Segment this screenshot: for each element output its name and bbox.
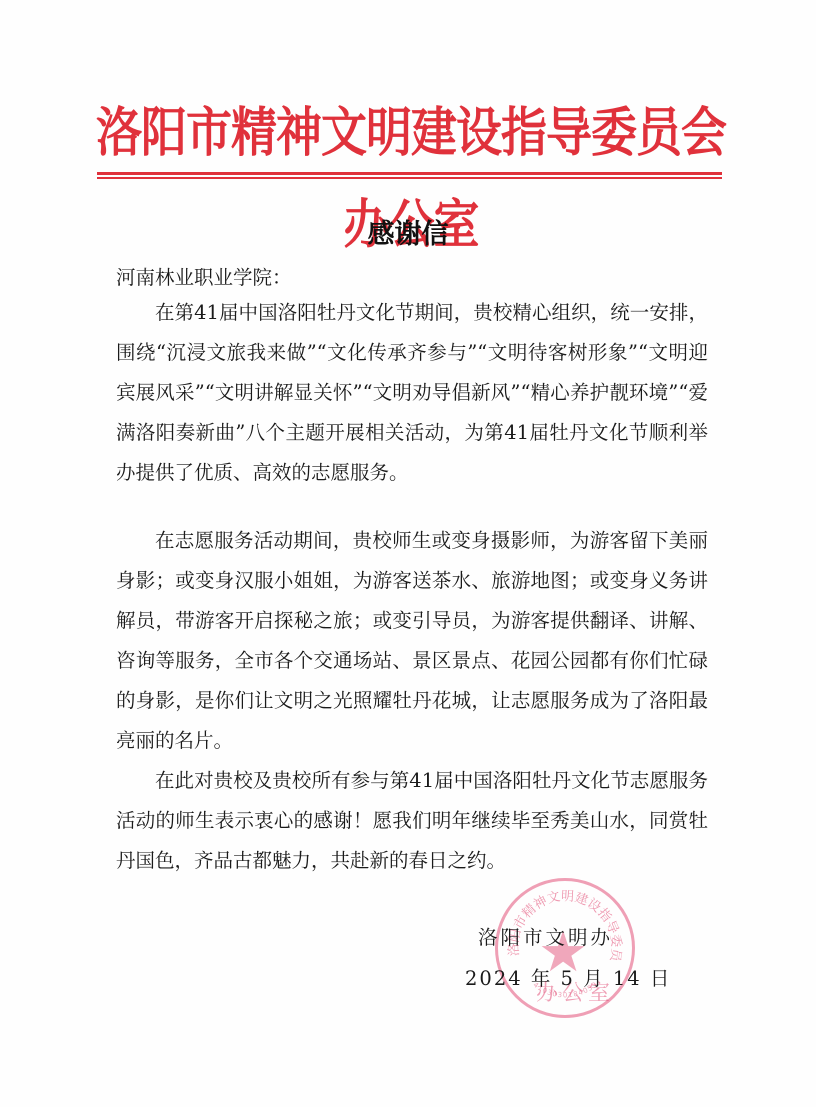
letter-title: 感谢信 xyxy=(0,212,816,251)
salutation: 河南林业职业学院： xyxy=(116,262,292,290)
masthead-rule-thick xyxy=(97,172,722,175)
paragraph-2: 在志愿服务活动期间，贵校师生或变身摄影师，为游客留下美丽身影；或变身汉服小姐姐，… xyxy=(116,521,708,761)
signer: 洛阳市文明办 xyxy=(478,922,613,950)
date: 2024 年 5 月 14 日 xyxy=(465,963,671,991)
masthead-title: 洛阳市精神文明建设指导委员会办公室 xyxy=(96,86,726,178)
masthead-rule-thin xyxy=(97,177,722,179)
paragraph-1: 在第41届中国洛阳牡丹文化节期间，贵校精心组织，统一安排，围绕“沉浸文旅我来做”… xyxy=(116,293,708,493)
paragraph-3: 在此对贵校及贵校所有参与第41届中国洛阳牡丹文化节志愿服务活动的师生表示衷心的感… xyxy=(116,761,708,881)
document-page: 洛阳市精神文明建设指导委员会办公室 感谢信 河南林业职业学院： 在第41届中国洛… xyxy=(0,0,816,1107)
